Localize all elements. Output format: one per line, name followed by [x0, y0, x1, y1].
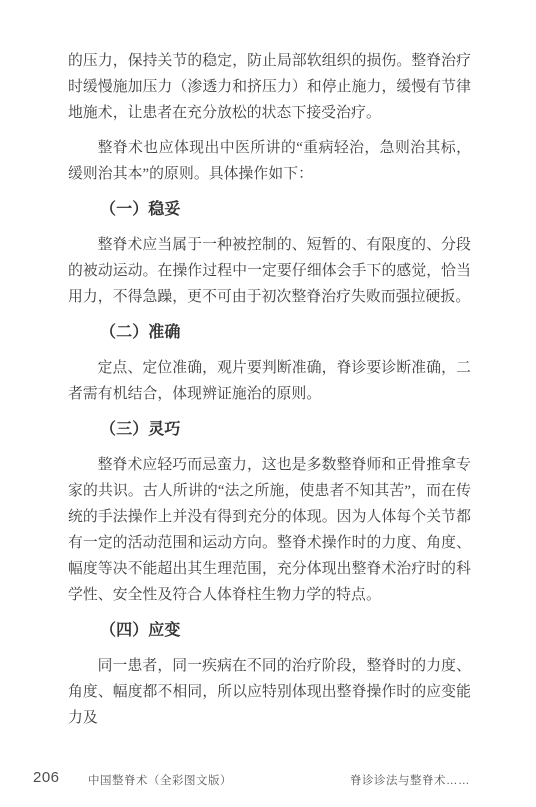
footer-chapter-title: 脊诊诊法与整脊术…… [350, 772, 470, 788]
section-heading-2: （二）准确 [68, 321, 471, 345]
page-footer: 206 中国整脊术（全彩图文版） 脊诊诊法与整脊术…… [0, 766, 536, 792]
body-paragraph: 同一患者，同一疾病在不同的治疗阶段，整脊时的力度、角度、幅度都不相同，所以应特别… [68, 653, 471, 731]
section-heading-4: （四）应变 [68, 619, 471, 643]
page-number: 206 [33, 769, 60, 786]
body-paragraph: 的压力，保持关节的稳定，防止局部软组织的损伤。整脊治疗时缓慢施加压力（渗透力和挤… [68, 48, 471, 126]
footer-book-title: 中国整脊术（全彩图文版） [88, 772, 232, 788]
body-paragraph: 整脊术也应体现出中医所讲的“重病轻治，急则治其标，缓则治其本”的原则。具体操作如… [68, 135, 471, 187]
section-heading-3: （三）灵巧 [68, 418, 471, 442]
book-page: 的压力，保持关节的稳定，防止局部软组织的损伤。整脊治疗时缓慢施加压力（渗透力和挤… [0, 0, 536, 807]
body-paragraph: 整脊术应轻巧而忌蛮力，这也是多数整脊师和正骨推拿专家的共识。古人所讲的“法之所施… [68, 452, 471, 608]
body-paragraph: 整脊术应当属于一种被控制的、短暂的、有限度的、分段的被动运动。在操作过程中一定要… [68, 232, 471, 310]
body-paragraph: 定点、定位准确，观片要判断准确，脊诊要诊断准确，二者需有机结合，体现辨证施治的原… [68, 355, 471, 407]
section-heading-1: （一）稳妥 [68, 198, 471, 222]
page-content: 的压力，保持关节的稳定，防止局部软组织的损伤。整脊治疗时缓慢施加压力（渗透力和挤… [68, 48, 471, 731]
